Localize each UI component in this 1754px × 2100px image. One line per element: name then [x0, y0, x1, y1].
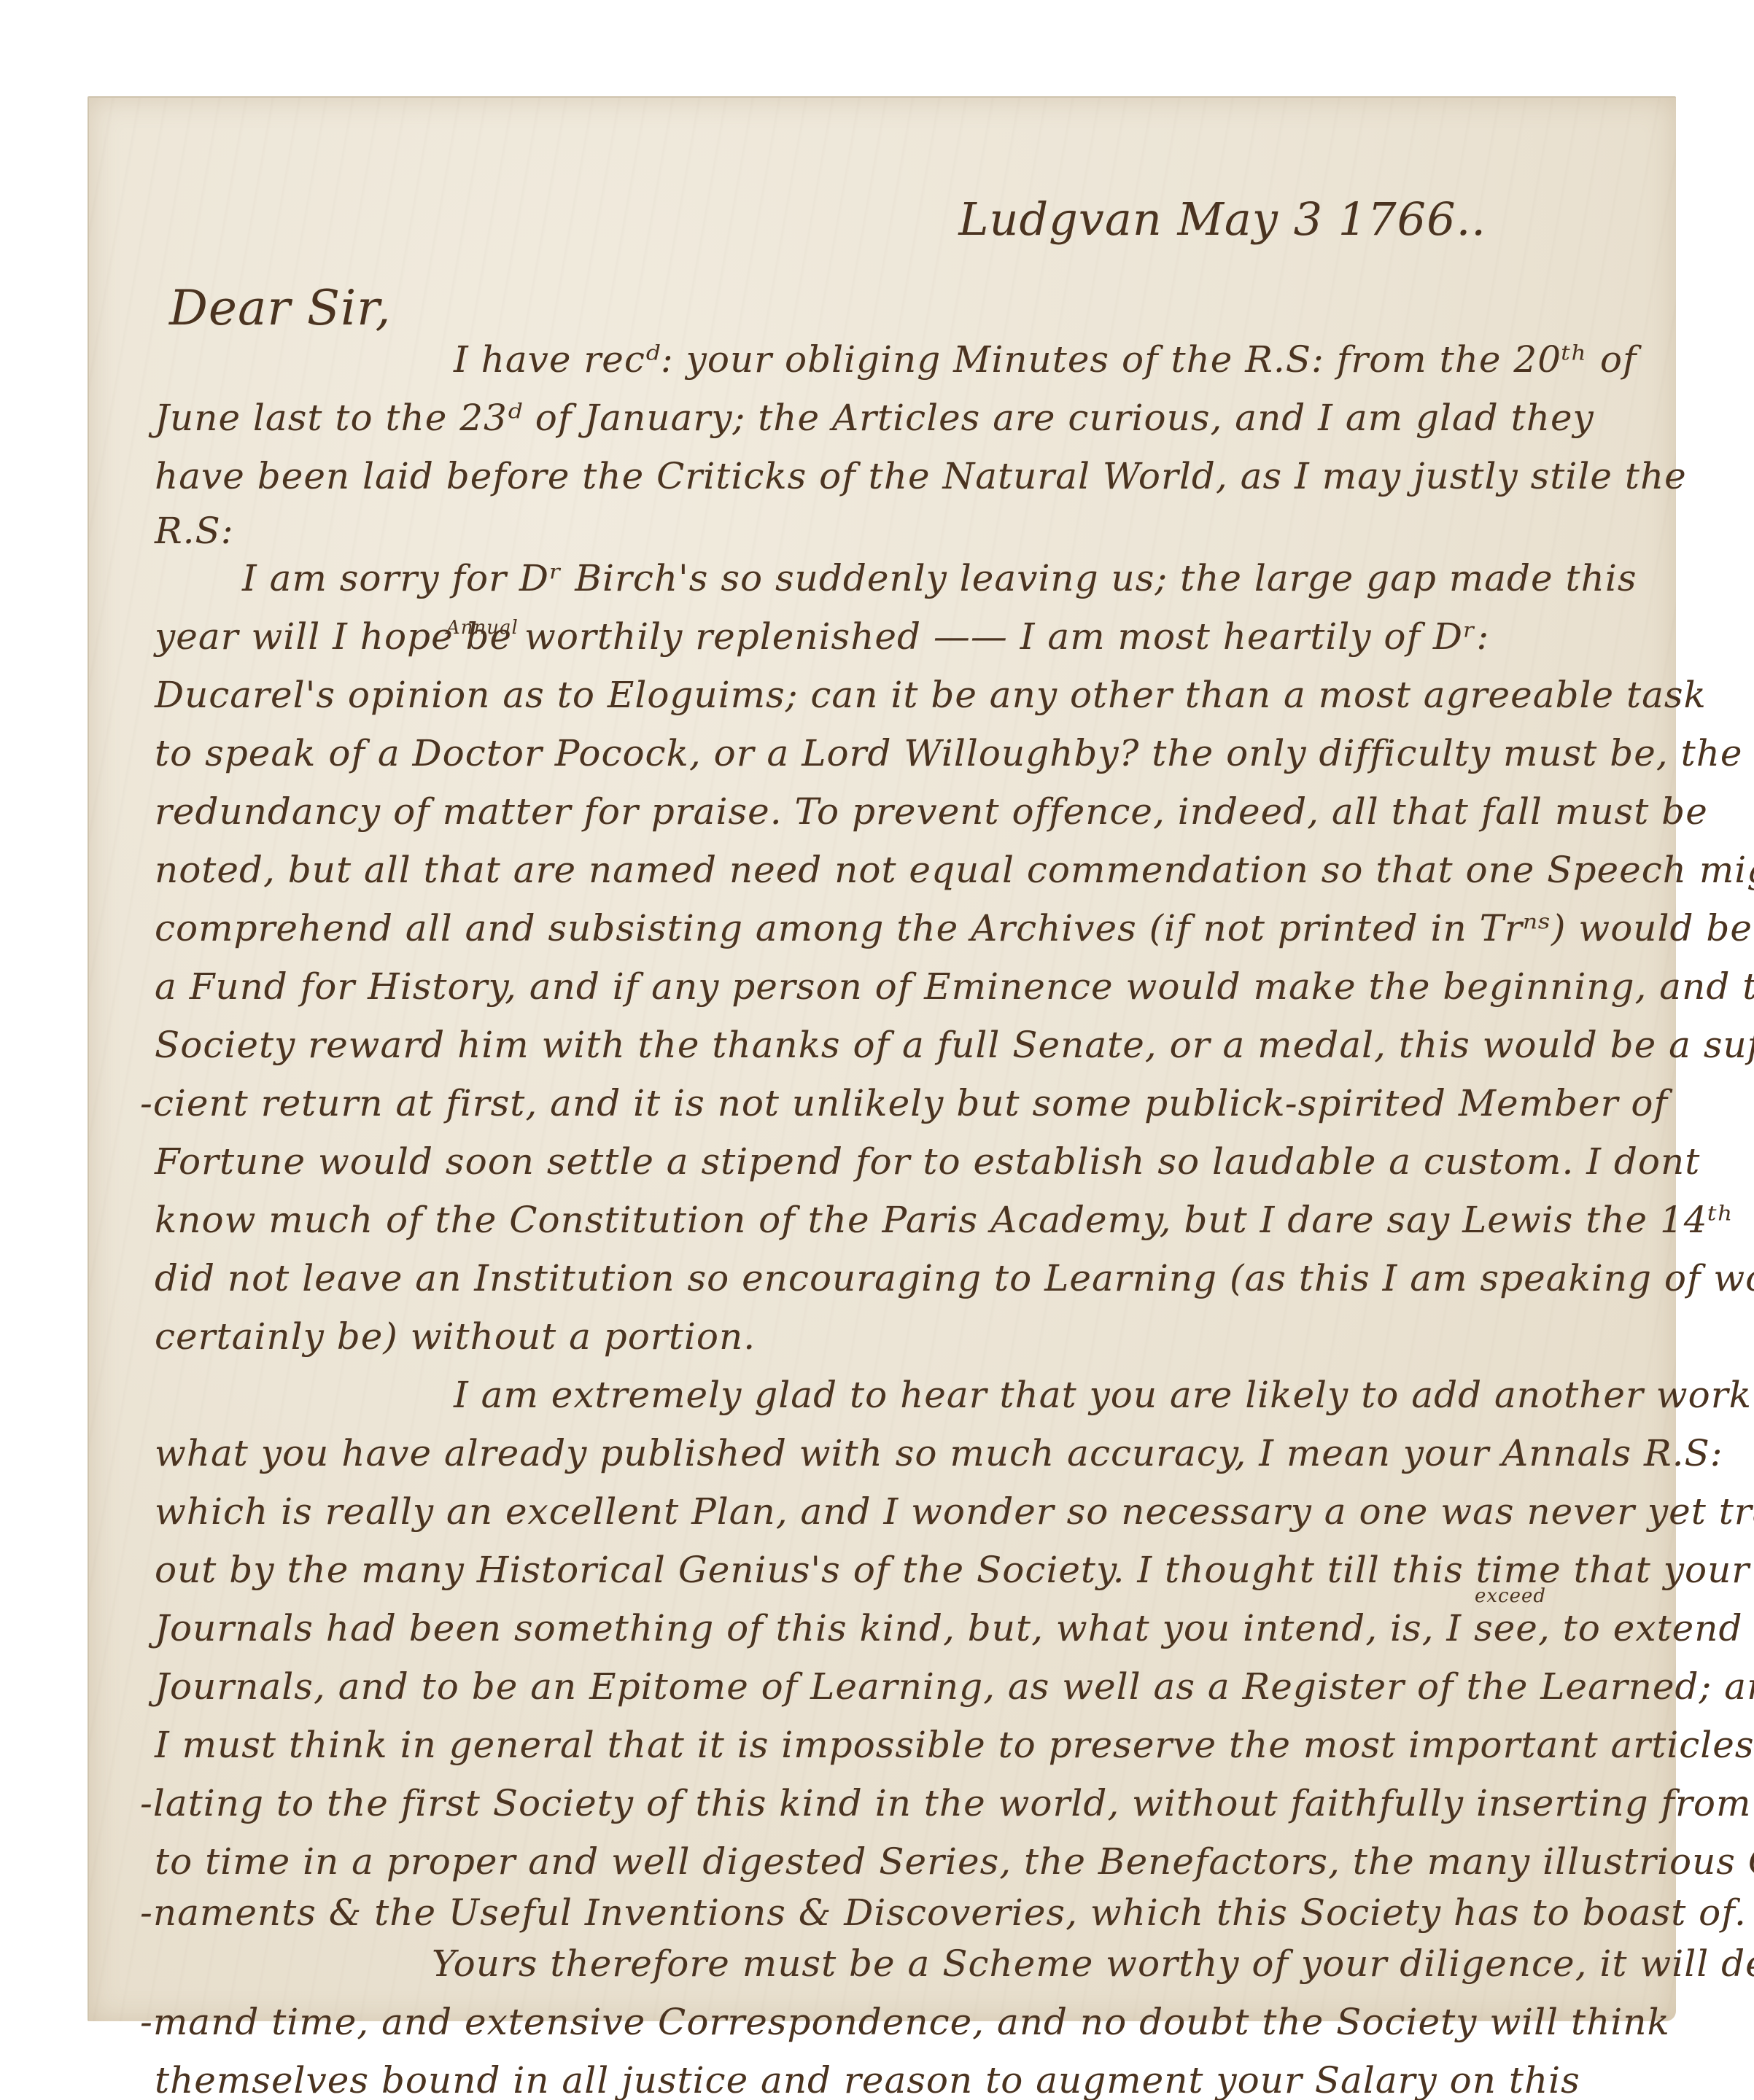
- letter-line: Ducarel's opinion as to Eloguims; can it…: [155, 674, 1707, 716]
- letter-line: -lating to the first Society of this kin…: [140, 1782, 1754, 1824]
- letter-line: did not leave an Institution so encourag…: [155, 1257, 1754, 1299]
- letter-line: certainly be) without a portion.: [155, 1315, 756, 1358]
- letter-line: Fortune would soon settle a stipend for …: [155, 1140, 1700, 1183]
- letter-line: I have recᵈ: your obliging Minutes of th…: [454, 338, 1637, 381]
- interlinear-insertion: exceed: [1475, 1585, 1546, 1607]
- letter-line: comprehend all and subsisting among the …: [155, 907, 1753, 949]
- letter-line: know much of the Constitution of the Par…: [155, 1199, 1734, 1241]
- letter-line: -naments & the Useful Inventions & Disco…: [140, 1891, 1747, 1934]
- letter-line: Journals, and to be an Epitome of Learni…: [155, 1665, 1754, 1708]
- letter-line: Yours therefore must be a Scheme worthy …: [432, 1942, 1754, 1985]
- letter-line: which is really an excellent Plan, and I…: [155, 1490, 1754, 1533]
- letter-line: R.S:: [155, 510, 234, 552]
- letter-dateline: Ludgvan May 3 1766..: [958, 192, 1486, 246]
- letter-line: -cient return at first, and it is not un…: [140, 1082, 1668, 1124]
- letter-line: Society reward him with the thanks of a …: [155, 1024, 1754, 1066]
- letter-line: I am extremely glad to hear that you are…: [454, 1374, 1754, 1416]
- letter-line: have been laid before the Criticks of th…: [155, 455, 1687, 497]
- letter-line: year will I hope be worthily replenished…: [155, 615, 1489, 658]
- letter-line: I must think in general that it is impos…: [155, 1724, 1754, 1766]
- letter-line: what you have already published with so …: [155, 1432, 1723, 1474]
- interlinear-insertion: Annual: [446, 617, 519, 639]
- letter-line: Journals had been something of this kind…: [155, 1607, 1754, 1649]
- letter-line: June last to the 23ᵈ of January; the Art…: [155, 397, 1594, 439]
- letter-line: I am sorry for Dʳ Birch's so suddenly le…: [242, 557, 1637, 599]
- letter-salutation: Dear Sir,: [169, 280, 391, 336]
- letter-line: redundancy of matter for praise. To prev…: [155, 790, 1708, 833]
- letter-line: a Fund for History, and if any person of…: [155, 965, 1754, 1008]
- letter-line: to time in a proper and well digested Se…: [155, 1840, 1754, 1883]
- letter-paper: Ludgvan May 3 1766.. Dear Sir, I have re…: [88, 96, 1676, 2021]
- letter-line: -mand time, and extensive Correspondence…: [140, 2001, 1670, 2043]
- letter-line: to speak of a Doctor Pocock, or a Lord W…: [155, 732, 1742, 774]
- letter-line: themselves bound in all justice and reas…: [155, 2059, 1580, 2100]
- letter-line: noted, but all that are named need not e…: [155, 849, 1754, 891]
